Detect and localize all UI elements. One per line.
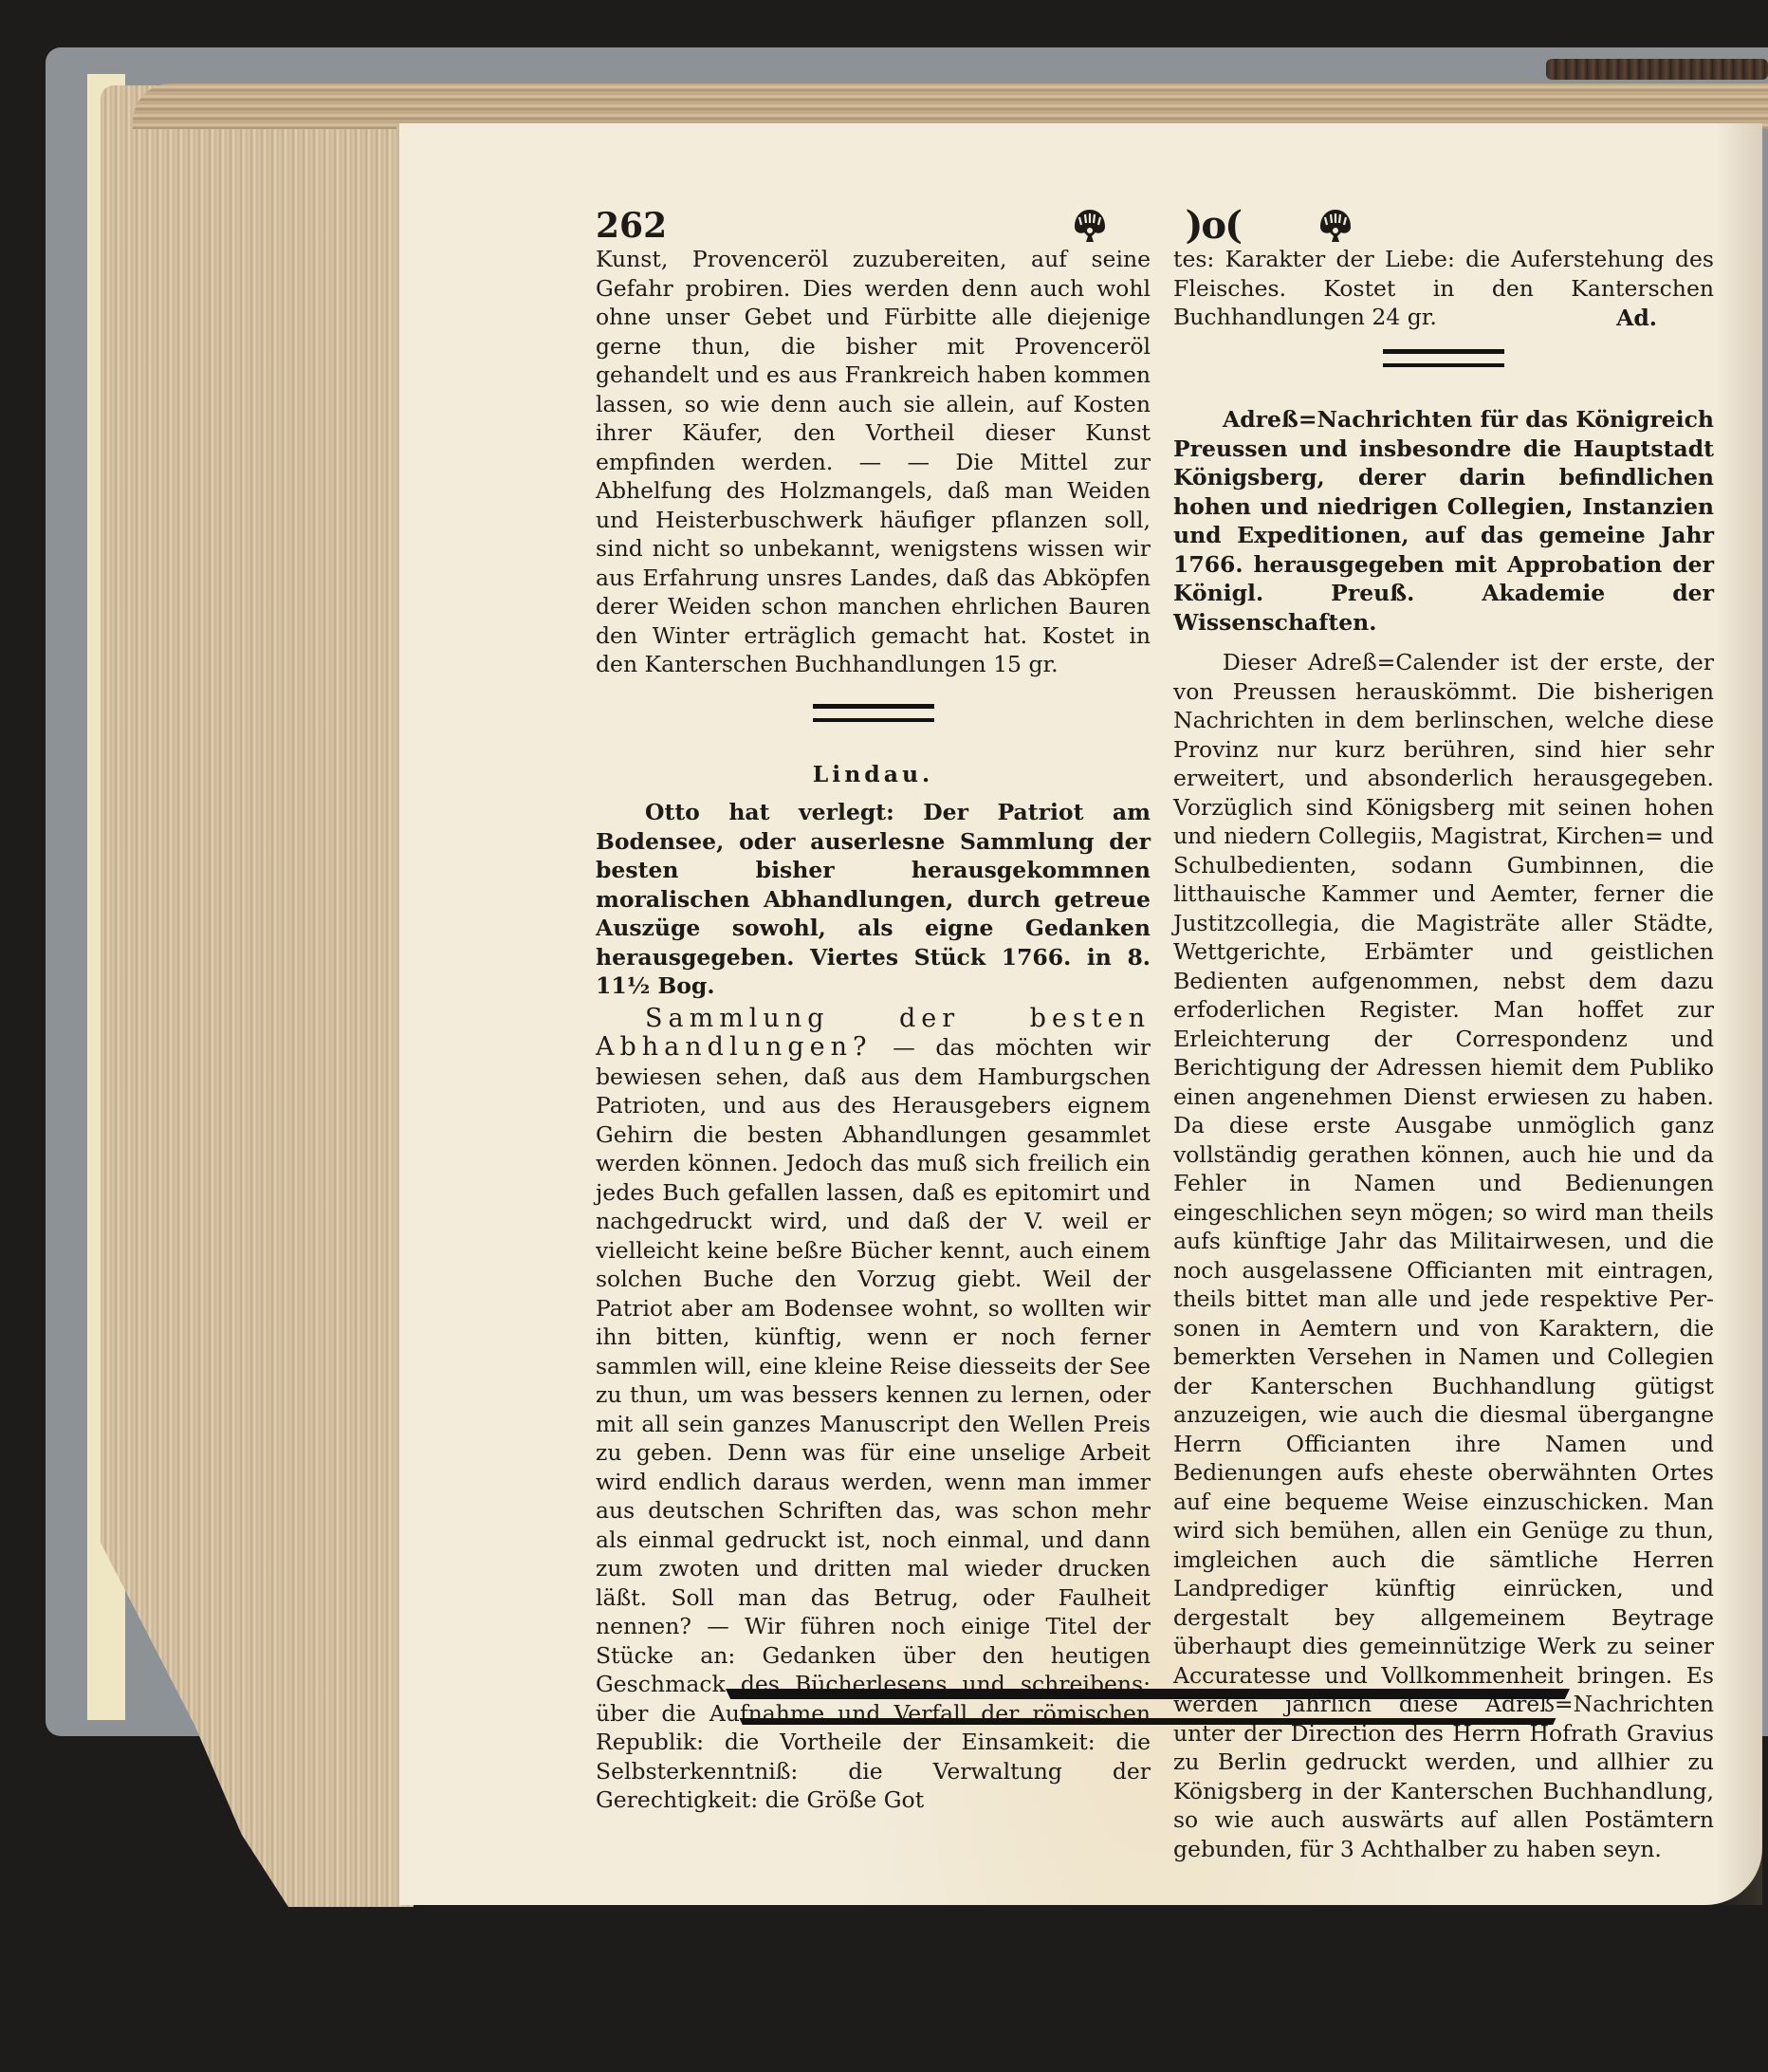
section-divider	[1383, 349, 1504, 367]
shell-ornament-icon	[1317, 208, 1354, 244]
running-head: 262 )o(	[596, 207, 1317, 245]
headband	[1546, 59, 1768, 80]
shell-ornament-icon	[1071, 208, 1109, 244]
review-adress-calender: Dieser Adreß=Calender ist der erste, der…	[1173, 648, 1714, 1863]
title-adress-nachrichten: Adreß=Nachrichten für das Königreich Pre…	[1173, 405, 1714, 637]
page-curvature-shadow	[1715, 123, 1762, 1905]
center-ornament: )o(	[1185, 212, 1241, 241]
left-column: Kunst, Provenceröl zuzubereiten, auf sei…	[596, 245, 1151, 1815]
page-stack-edge	[101, 85, 414, 1907]
header-ornaments: )o(	[1071, 208, 1354, 244]
page-number: 262	[596, 212, 667, 241]
section-divider	[813, 704, 934, 722]
publication-notice-patriot: Otto hat verlegt: Der Patriot am Bodense…	[596, 798, 1151, 1001]
review-holzmangel: Kunst, Provenceröl zuzubereiten, auf sei…	[596, 245, 1151, 679]
right-column: tes: Karakter der Liebe: die Auferstehun…	[1173, 245, 1714, 1863]
page-stack-top	[133, 83, 1768, 129]
closing-rule	[726, 1689, 1570, 1725]
section-heading-lindau: Lindau.	[596, 760, 1151, 789]
